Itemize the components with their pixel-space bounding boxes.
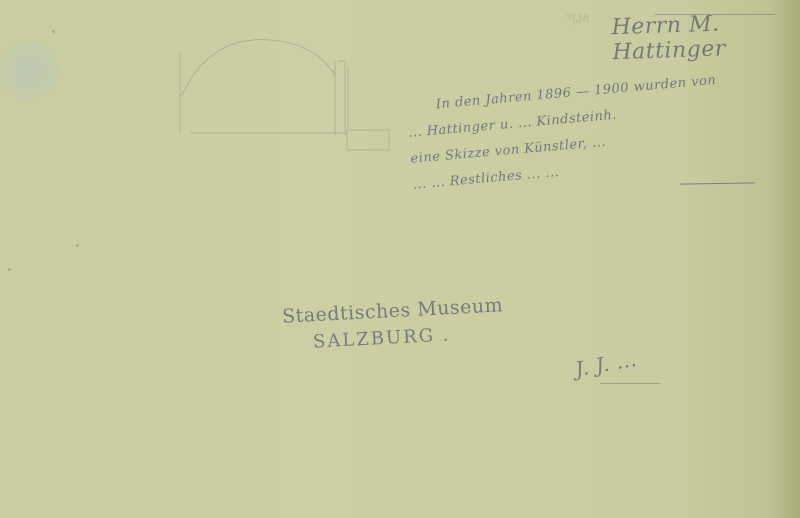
paper-stain [0, 40, 60, 100]
paper-speck [76, 244, 79, 247]
note-end-rule [680, 182, 755, 184]
paper-speck [8, 268, 11, 271]
addressee-underline [655, 14, 775, 15]
museum-stamp-line1: Staedtisches Museum [282, 294, 504, 328]
arch-sketch-icon [170, 35, 390, 155]
handwritten-note: In den Jahren 1896 — 1900 wurden von ...… [405, 63, 783, 199]
paper-speck [52, 30, 55, 33]
addressee-handwriting: Herrn M. Hattinger [611, 9, 800, 66]
document-page: 7|38 Herrn M. Hattinger In den Jahren 18… [0, 0, 800, 518]
pencil-number: 7|38 [565, 12, 590, 25]
museum-stamp-line2: SALZBURG . [313, 324, 451, 352]
initials-signature: J. J. ... [573, 347, 638, 381]
signature-underline [600, 383, 660, 384]
